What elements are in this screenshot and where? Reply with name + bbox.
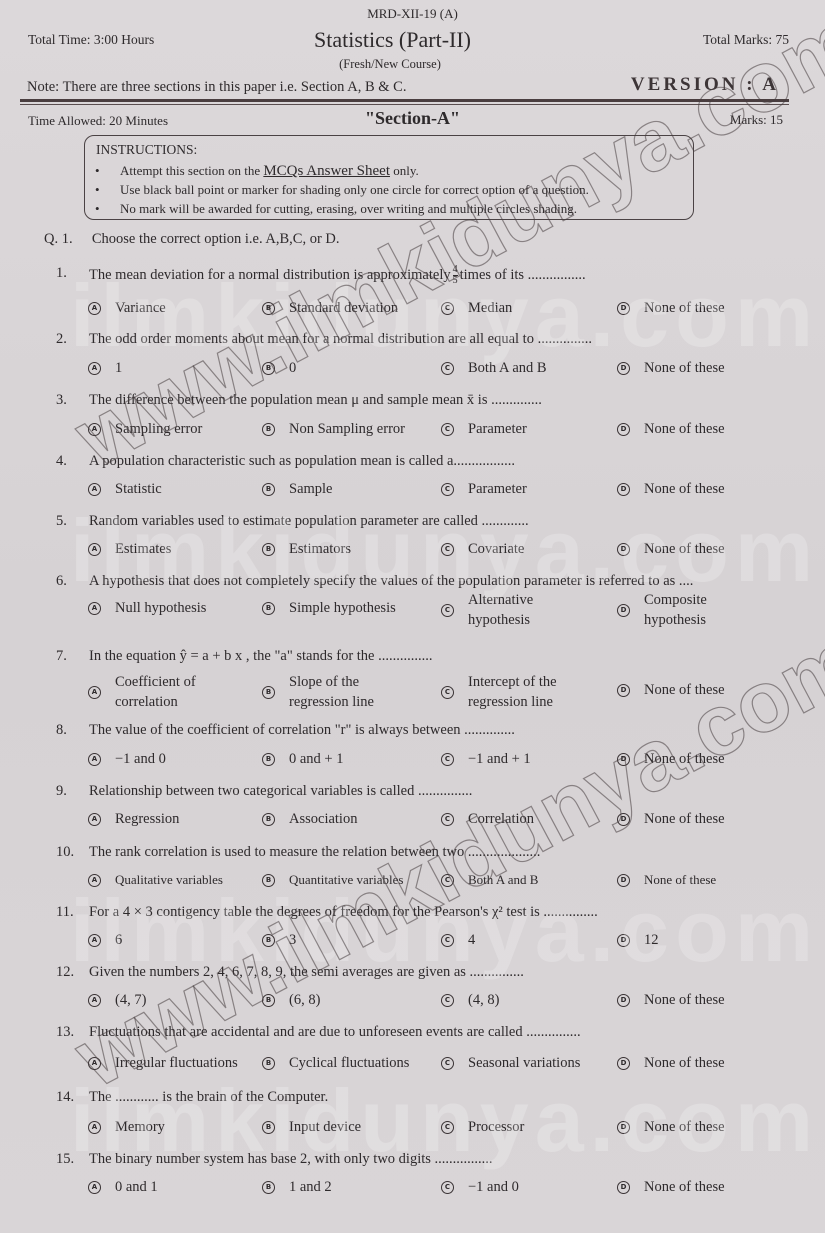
answer-bubble-icon[interactable]: D bbox=[617, 813, 630, 826]
answer-bubble-icon[interactable]: B bbox=[262, 994, 275, 1007]
option-label: Statistic bbox=[115, 481, 162, 498]
header-divider-thin bbox=[20, 104, 789, 105]
option-label: −1 and 0 bbox=[115, 751, 166, 768]
question-text: The binary number system has base 2, wit… bbox=[89, 1151, 493, 1168]
answer-bubble-icon[interactable]: C bbox=[441, 423, 454, 436]
option-d[interactable]: DNone of these bbox=[617, 751, 725, 768]
question-number: 7. bbox=[56, 648, 67, 665]
answer-bubble-icon[interactable]: C bbox=[441, 543, 454, 556]
question-text: The odd order moments about mean for a n… bbox=[89, 331, 592, 348]
option-b[interactable]: BAssociation bbox=[262, 811, 357, 828]
option-label: Association bbox=[289, 811, 357, 828]
option-a[interactable]: AQualitative variables bbox=[88, 872, 223, 888]
question-number: 8. bbox=[56, 722, 67, 739]
option-label: Estimates bbox=[115, 541, 171, 558]
answer-bubble-icon[interactable]: A bbox=[88, 753, 101, 766]
answer-bubble-icon[interactable]: A bbox=[88, 602, 101, 615]
answer-bubble-icon[interactable]: C bbox=[441, 302, 454, 315]
option-c[interactable]: CAlternative hypothesis bbox=[441, 590, 583, 630]
question-number: 1. bbox=[56, 265, 67, 282]
question-number: 6. bbox=[56, 573, 67, 590]
question-text: The ............ is the brain of the Com… bbox=[89, 1089, 328, 1106]
answer-bubble-icon[interactable]: B bbox=[262, 686, 275, 699]
question-number: 5. bbox=[56, 513, 67, 530]
answer-bubble-icon[interactable]: D bbox=[617, 423, 630, 436]
question-number: 11. bbox=[56, 904, 74, 921]
answer-bubble-icon[interactable]: C bbox=[441, 686, 454, 699]
option-label: Input device bbox=[289, 1119, 361, 1136]
answer-bubble-icon[interactable]: B bbox=[262, 813, 275, 826]
question-group-prompt: Choose the correct option i.e. A,B,C, or… bbox=[92, 231, 340, 247]
option-label: 0 bbox=[289, 360, 296, 377]
answer-bubble-icon[interactable]: B bbox=[262, 423, 275, 436]
option-c[interactable]: CBoth A and B bbox=[441, 872, 538, 888]
option-label: Covariate bbox=[468, 541, 524, 558]
answer-bubble-icon[interactable]: D bbox=[617, 1121, 630, 1134]
question-number: 14. bbox=[56, 1089, 74, 1106]
answer-bubble-icon[interactable]: D bbox=[617, 1181, 630, 1194]
option-d[interactable]: DNone of these bbox=[617, 992, 725, 1009]
header-divider bbox=[20, 99, 789, 102]
option-c[interactable]: CParameter bbox=[441, 421, 527, 438]
answer-bubble-icon[interactable]: D bbox=[617, 483, 630, 496]
answer-bubble-icon[interactable]: A bbox=[88, 1121, 101, 1134]
option-label: None of these bbox=[644, 682, 725, 699]
option-label: 4 bbox=[468, 932, 475, 949]
course-label: (Fresh/New Course) bbox=[0, 57, 780, 72]
answer-bubble-icon[interactable]: C bbox=[441, 1057, 454, 1070]
option-label: 1 bbox=[115, 360, 122, 377]
answer-bubble-icon[interactable]: C bbox=[441, 362, 454, 375]
option-a[interactable]: ARegression bbox=[88, 811, 179, 828]
option-label: None of these bbox=[644, 811, 725, 828]
answer-bubble-icon[interactable]: B bbox=[262, 934, 275, 947]
option-label: Both A and B bbox=[468, 872, 538, 888]
option-b[interactable]: B3 bbox=[262, 932, 296, 949]
option-label: None of these bbox=[644, 1119, 725, 1136]
option-label: Parameter bbox=[468, 481, 527, 498]
option-label: Null hypothesis bbox=[115, 600, 206, 617]
option-c[interactable]: C−1 and + 1 bbox=[441, 751, 531, 768]
option-a[interactable]: A6 bbox=[88, 932, 122, 949]
answer-bubble-icon[interactable]: A bbox=[88, 934, 101, 947]
option-label: (6, 8) bbox=[289, 992, 320, 1009]
answer-bubble-icon[interactable]: B bbox=[262, 1057, 275, 1070]
instruction-item: •Use black ball point or marker for shad… bbox=[95, 182, 589, 198]
option-b[interactable]: B(6, 8) bbox=[262, 992, 320, 1009]
answer-bubble-icon[interactable]: D bbox=[617, 874, 630, 887]
question-group-header: Q. 1. Choose the correct option i.e. A,B… bbox=[44, 231, 340, 248]
question-number: 13. bbox=[56, 1024, 74, 1041]
option-label: Correlation bbox=[468, 811, 534, 828]
question-text: Random variables used to estimate popula… bbox=[89, 513, 529, 530]
answer-bubble-icon[interactable]: C bbox=[441, 483, 454, 496]
question-group-label: Q. 1. bbox=[44, 231, 73, 247]
answer-bubble-icon[interactable]: B bbox=[262, 874, 275, 887]
option-a[interactable]: AStatistic bbox=[88, 481, 162, 498]
answer-bubble-icon[interactable]: B bbox=[262, 1181, 275, 1194]
option-label: Sampling error bbox=[115, 421, 202, 438]
question-text: The value of the coefficient of correlat… bbox=[89, 722, 515, 739]
option-label: None of these bbox=[644, 360, 725, 377]
option-a[interactable]: A1 bbox=[88, 360, 122, 377]
option-b[interactable]: B0 bbox=[262, 360, 296, 377]
option-label: Coefficient of correlation bbox=[115, 672, 230, 712]
option-c[interactable]: CMedian bbox=[441, 300, 512, 317]
answer-bubble-icon[interactable]: C bbox=[441, 753, 454, 766]
answer-bubble-icon[interactable]: A bbox=[88, 874, 101, 887]
answer-bubble-icon[interactable]: D bbox=[617, 302, 630, 315]
question-text: For a 4 × 3 contigency table the degrees… bbox=[89, 904, 598, 921]
exam-paper: MRD-XII-19 (A) Total Time: 3:00 Hours St… bbox=[0, 0, 825, 1233]
option-d[interactable]: DNone of these bbox=[617, 811, 725, 828]
instruction-item: •Attempt this section on the MCQs Answer… bbox=[95, 163, 419, 180]
option-c[interactable]: C−1 and 0 bbox=[441, 1179, 519, 1196]
bullet-icon: • bbox=[95, 201, 120, 217]
answer-bubble-icon[interactable]: B bbox=[262, 1121, 275, 1134]
bullet-icon: • bbox=[95, 182, 120, 198]
option-b[interactable]: BQuantitative variables bbox=[262, 872, 403, 888]
option-label: Parameter bbox=[468, 421, 527, 438]
option-label: Composite hypothesis bbox=[644, 590, 759, 630]
question-text: A population characteristic such as popu… bbox=[89, 453, 515, 470]
answer-bubble-icon[interactable]: C bbox=[441, 874, 454, 887]
option-b[interactable]: BInput device bbox=[262, 1119, 361, 1136]
option-c[interactable]: C4 bbox=[441, 932, 475, 949]
option-label: Both A and B bbox=[468, 360, 547, 377]
option-label: Simple hypothesis bbox=[289, 600, 396, 617]
option-c[interactable]: C(4, 8) bbox=[441, 992, 499, 1009]
option-d[interactable]: DNone of these bbox=[617, 300, 725, 317]
option-label: Alternative hypothesis bbox=[468, 590, 583, 630]
paper-title: Statistics (Part-II) bbox=[0, 27, 785, 53]
option-c[interactable]: CIntercept of the regression line bbox=[441, 672, 583, 712]
option-d[interactable]: DNone of these bbox=[617, 1119, 725, 1136]
option-b[interactable]: BEstimators bbox=[262, 541, 351, 558]
answer-bubble-icon[interactable]: D bbox=[617, 362, 630, 375]
option-a[interactable]: ANull hypothesis bbox=[88, 600, 206, 617]
answer-bubble-icon[interactable]: A bbox=[88, 1181, 101, 1194]
option-label: None of these bbox=[644, 1055, 725, 1072]
answer-bubble-icon[interactable]: A bbox=[88, 813, 101, 826]
answer-bubble-icon[interactable]: A bbox=[88, 1057, 101, 1070]
option-a[interactable]: ASampling error bbox=[88, 421, 202, 438]
instruction-item: •No mark will be awarded for cutting, er… bbox=[95, 201, 577, 217]
option-label: Quantitative variables bbox=[289, 872, 403, 888]
option-label: Estimators bbox=[289, 541, 351, 558]
instructions-box: INSTRUCTIONS: •Attempt this section on t… bbox=[84, 135, 694, 220]
answer-bubble-icon[interactable]: B bbox=[262, 483, 275, 496]
answer-bubble-icon[interactable]: A bbox=[88, 686, 101, 699]
option-label: Seasonal variations bbox=[468, 1055, 580, 1072]
option-label: Regression bbox=[115, 811, 179, 828]
question-number: 4. bbox=[56, 453, 67, 470]
answer-bubble-icon[interactable]: C bbox=[441, 994, 454, 1007]
option-label: None of these bbox=[644, 421, 725, 438]
question-number: 12. bbox=[56, 964, 74, 981]
option-a[interactable]: AEstimates bbox=[88, 541, 171, 558]
option-d[interactable]: DNone of these bbox=[617, 1055, 725, 1072]
option-b[interactable]: BSimple hypothesis bbox=[262, 600, 396, 617]
option-label: −1 and + 1 bbox=[468, 751, 531, 768]
answer-bubble-icon[interactable]: D bbox=[617, 1057, 630, 1070]
question-text: Fluctuations that are accidental and are… bbox=[89, 1024, 581, 1041]
option-a[interactable]: ACoefficient of correlation bbox=[88, 672, 230, 712]
answer-bubble-icon[interactable]: B bbox=[262, 753, 275, 766]
question-text: In the equation ŷ = a + b x , the "a" st… bbox=[89, 648, 433, 665]
option-label: 1 and 2 bbox=[289, 1179, 332, 1196]
option-d[interactable]: DNone of these bbox=[617, 541, 725, 558]
section-title: "Section-A" bbox=[0, 108, 825, 129]
option-c[interactable]: CSeasonal variations bbox=[441, 1055, 580, 1072]
option-d[interactable]: DNone of these bbox=[617, 421, 725, 438]
total-marks: Total Marks: 75 bbox=[703, 32, 789, 48]
option-b[interactable]: BNon Sampling error bbox=[262, 421, 405, 438]
version-label: VERSION : A bbox=[631, 74, 779, 96]
answer-bubble-icon[interactable]: B bbox=[262, 543, 275, 556]
option-label: Cyclical fluctuations bbox=[289, 1055, 409, 1072]
question-text: Relationship between two categorical var… bbox=[89, 783, 472, 800]
option-c[interactable]: CCovariate bbox=[441, 541, 524, 558]
answer-bubble-icon[interactable]: A bbox=[88, 362, 101, 375]
option-label: None of these bbox=[644, 541, 725, 558]
option-label: Slope of the regression line bbox=[289, 672, 404, 712]
option-label: None of these bbox=[644, 1179, 725, 1196]
option-label: Processor bbox=[468, 1119, 524, 1136]
option-label: Intercept of the regression line bbox=[468, 672, 583, 712]
option-label: Sample bbox=[289, 481, 333, 498]
question-text: The mean deviation for a normal distribu… bbox=[89, 265, 586, 286]
answer-bubble-icon[interactable]: B bbox=[262, 602, 275, 615]
option-a[interactable]: AIrregular fluctuations bbox=[88, 1055, 238, 1072]
answer-bubble-icon[interactable]: C bbox=[441, 604, 454, 617]
option-b[interactable]: BStandard deviation bbox=[262, 300, 398, 317]
option-c[interactable]: CProcessor bbox=[441, 1119, 524, 1136]
option-label: 6 bbox=[115, 932, 122, 949]
answer-bubble-icon[interactable]: C bbox=[441, 934, 454, 947]
option-b[interactable]: BSample bbox=[262, 481, 333, 498]
option-label: None of these bbox=[644, 992, 725, 1009]
option-label: −1 and 0 bbox=[468, 1179, 519, 1196]
answer-bubble-icon[interactable]: B bbox=[262, 302, 275, 315]
option-label: Qualitative variables bbox=[115, 872, 223, 888]
answer-bubble-icon[interactable]: D bbox=[617, 753, 630, 766]
question-number: 10. bbox=[56, 844, 74, 861]
answer-bubble-icon[interactable]: D bbox=[617, 684, 630, 697]
answer-bubble-icon[interactable]: A bbox=[88, 423, 101, 436]
option-d[interactable]: DNone of these bbox=[617, 1179, 725, 1196]
option-label: Memory bbox=[115, 1119, 165, 1136]
answer-bubble-icon[interactable]: A bbox=[88, 302, 101, 315]
option-c[interactable]: CCorrelation bbox=[441, 811, 534, 828]
answer-sheet-link: MCQs Answer Sheet bbox=[263, 163, 390, 179]
option-c[interactable]: CParameter bbox=[441, 481, 527, 498]
option-b[interactable]: B1 and 2 bbox=[262, 1179, 332, 1196]
option-d[interactable]: DNone of these bbox=[617, 481, 725, 498]
option-label: Standard deviation bbox=[289, 300, 398, 317]
option-label: Variance bbox=[115, 300, 166, 317]
option-label: Median bbox=[468, 300, 512, 317]
option-a[interactable]: AMemory bbox=[88, 1119, 165, 1136]
question-text: The difference between the population me… bbox=[89, 392, 542, 409]
paper-code: MRD-XII-19 (A) bbox=[0, 6, 825, 22]
option-label: 12 bbox=[644, 932, 659, 949]
option-a[interactable]: A0 and 1 bbox=[88, 1179, 158, 1196]
question-text: Given the numbers 2, 4, 6, 7, 8, 9, the … bbox=[89, 964, 524, 981]
option-d[interactable]: DNone of these bbox=[617, 360, 725, 377]
bullet-icon: • bbox=[95, 163, 120, 179]
answer-bubble-icon[interactable]: D bbox=[617, 604, 630, 617]
answer-bubble-icon[interactable]: A bbox=[88, 994, 101, 1007]
option-a[interactable]: AVariance bbox=[88, 300, 166, 317]
option-a[interactable]: A−1 and 0 bbox=[88, 751, 166, 768]
option-b[interactable]: BSlope of the regression line bbox=[262, 672, 404, 712]
option-label: 0 and + 1 bbox=[289, 751, 344, 768]
answer-bubble-icon[interactable]: A bbox=[88, 543, 101, 556]
option-a[interactable]: A(4, 7) bbox=[88, 992, 146, 1009]
answer-bubble-icon[interactable]: C bbox=[441, 1181, 454, 1194]
option-label: 0 and 1 bbox=[115, 1179, 158, 1196]
option-label: None of these bbox=[644, 481, 725, 498]
option-label: Irregular fluctuations bbox=[115, 1055, 238, 1072]
option-b[interactable]: BCyclical fluctuations bbox=[262, 1055, 409, 1072]
option-b[interactable]: B0 and + 1 bbox=[262, 751, 344, 768]
option-d[interactable]: D12 bbox=[617, 932, 659, 949]
question-number: 2. bbox=[56, 331, 67, 348]
question-number: 9. bbox=[56, 783, 67, 800]
option-d[interactable]: DNone of these bbox=[617, 682, 725, 699]
option-d[interactable]: DComposite hypothesis bbox=[617, 590, 759, 630]
answer-bubble-icon[interactable]: D bbox=[617, 994, 630, 1007]
answer-bubble-icon[interactable]: C bbox=[441, 813, 454, 826]
section-marks: Marks: 15 bbox=[730, 112, 783, 128]
answer-bubble-icon[interactable]: D bbox=[617, 934, 630, 947]
question-number: 15. bbox=[56, 1151, 74, 1168]
question-text: A hypothesis that does not completely sp… bbox=[89, 573, 693, 590]
answer-bubble-icon[interactable]: A bbox=[88, 483, 101, 496]
option-label: (4, 7) bbox=[115, 992, 146, 1009]
fraction: 45 bbox=[453, 265, 458, 286]
question-number: 3. bbox=[56, 392, 67, 409]
option-d[interactable]: DNone of these bbox=[617, 872, 716, 888]
question-text: The rank correlation is used to measure … bbox=[89, 844, 540, 861]
option-label: Non Sampling error bbox=[289, 421, 405, 438]
answer-bubble-icon[interactable]: B bbox=[262, 362, 275, 375]
answer-bubble-icon[interactable]: D bbox=[617, 543, 630, 556]
answer-bubble-icon[interactable]: C bbox=[441, 1121, 454, 1134]
option-label: None of these bbox=[644, 872, 716, 888]
option-label: None of these bbox=[644, 300, 725, 317]
option-c[interactable]: CBoth A and B bbox=[441, 360, 547, 377]
option-label: 3 bbox=[289, 932, 296, 949]
option-label: (4, 8) bbox=[468, 992, 499, 1009]
option-label: None of these bbox=[644, 751, 725, 768]
instructions-heading: INSTRUCTIONS: bbox=[96, 142, 197, 158]
sections-note: Note: There are three sections in this p… bbox=[27, 79, 406, 96]
